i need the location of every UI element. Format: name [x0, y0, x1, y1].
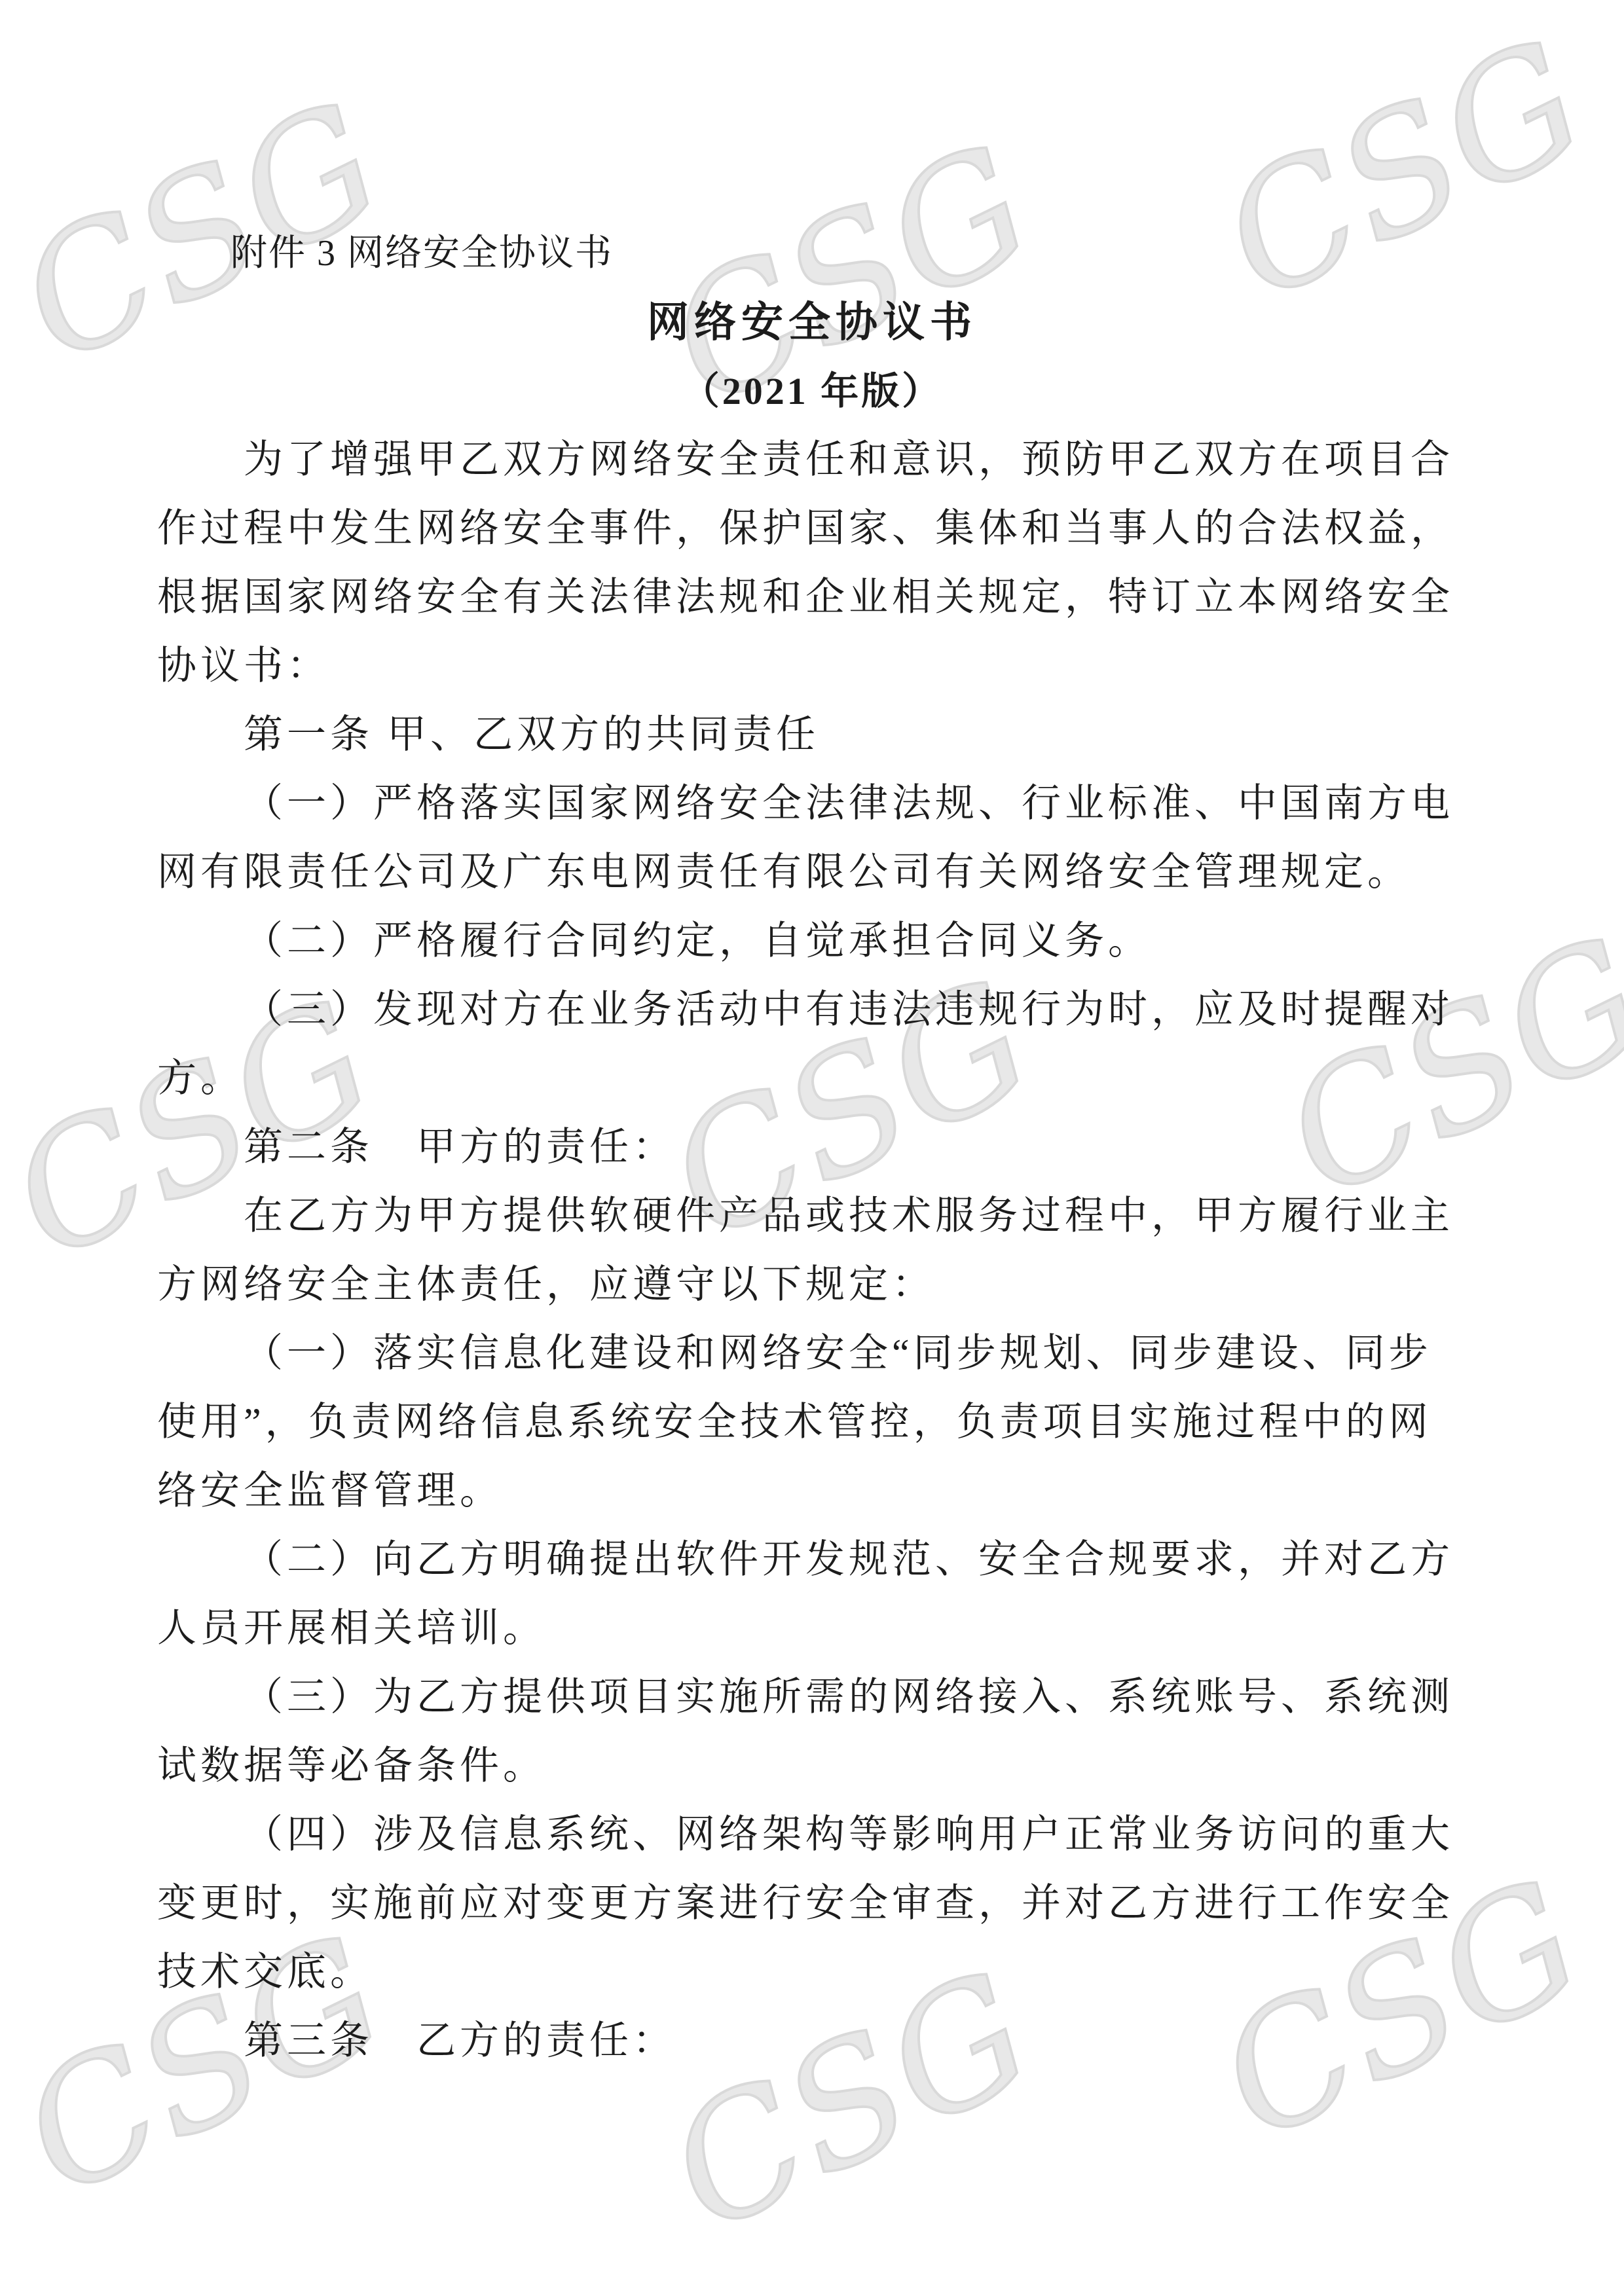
document-line: 络安全监督管理。	[157, 1457, 1467, 1525]
document-line: 根据国家网络安全有关法律法规和企业相关规定，特订立本网络安全	[157, 563, 1467, 632]
document-line: 试数据等必备条件。	[157, 1732, 1467, 1800]
document-line: 为了增强甲乙双方网络安全责任和意识，预防甲乙双方在项目合	[157, 426, 1467, 494]
document-line: 作过程中发生网络安全事件，保护国家、集体和当事人的合法权益，	[157, 494, 1467, 563]
document-line: 协议书：	[157, 632, 1467, 701]
document-line: 在乙方为甲方提供软硬件产品或技术服务过程中，甲方履行业主	[157, 1182, 1467, 1250]
document-line: 网有限责任公司及广东电网责任有限公司有关网络安全管理规定。	[157, 838, 1467, 907]
document-title: 网络安全协议书	[157, 288, 1467, 357]
document-line: 第二条 甲方的责任：	[157, 1113, 1467, 1182]
document-line: （一）严格落实国家网络安全法律法规、行业标准、中国南方电	[157, 769, 1467, 838]
document-line: （二）向乙方明确提出软件开发规范、安全合规要求，并对乙方	[157, 1525, 1467, 1594]
document-line: （一）落实信息化建设和网络安全“同步规划、同步建设、同步	[157, 1319, 1467, 1388]
document-body: 为了增强甲乙双方网络安全责任和意识，预防甲乙双方在项目合作过程中发生网络安全事件…	[157, 426, 1467, 2075]
document-content: 附件 3 网络安全协议书 网络安全协议书 （2021 年版） 为了增强甲乙双方网…	[157, 219, 1467, 2075]
document-line: 方。	[157, 1044, 1467, 1113]
document-line: （四）涉及信息系统、网络架构等影响用户正常业务访问的重大	[157, 1800, 1467, 1869]
document-line: 人员开展相关培训。	[157, 1594, 1467, 1663]
document-line: 方网络安全主体责任，应遵守以下规定：	[157, 1250, 1467, 1319]
attachment-label: 附件 3 网络安全协议书	[157, 219, 1467, 288]
document-line: 技术交底。	[157, 1938, 1467, 2007]
document-line: 第一条 甲、乙双方的共同责任	[157, 701, 1467, 769]
document-line: 第三条 乙方的责任：	[157, 2007, 1467, 2075]
document-page: CSGCSGCSGCSGCSGCSGCSGCSGCSG 附件 3 网络安全协议书…	[0, 0, 1624, 2296]
document-edition: （2021 年版）	[157, 357, 1467, 426]
document-line: 使用”，负责网络信息系统安全技术管控，负责项目实施过程中的网	[157, 1388, 1467, 1457]
document-line: （三）为乙方提供项目实施所需的网络接入、系统账号、系统测	[157, 1663, 1467, 1732]
document-line: （三）发现对方在业务活动中有违法违规行为时，应及时提醒对	[157, 975, 1467, 1044]
document-line: 变更时，实施前应对变更方案进行安全审查，并对乙方进行工作安全	[157, 1869, 1467, 1938]
document-line: （二）严格履行合同约定，自觉承担合同义务。	[157, 907, 1467, 975]
